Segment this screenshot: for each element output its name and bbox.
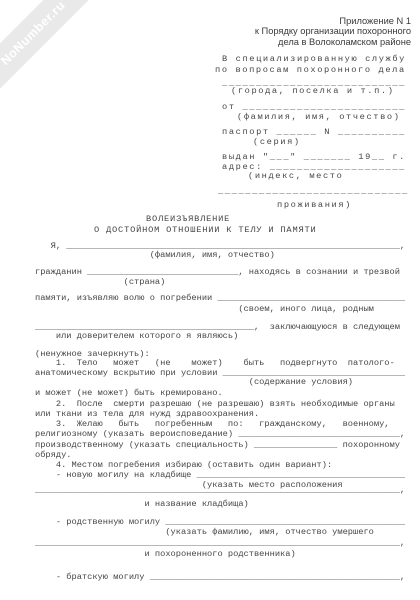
clause-1-line-1: 1. Тело может (не может) быть подвергнут… [35,358,395,368]
cremation-line: и может (не может) быть кремировано. [35,388,223,398]
passport-field: паспорт ______ N __________ [222,127,406,137]
form-title-line-2: О ДОСТОЙНОМ ОТНОШЕНИИ К ТЕЛУ И ПАМЯТИ [94,225,317,235]
clause-3-line-1: 3. Желаю быть погребенным по: гражданско… [35,419,390,429]
new-grave-underline: ________________________________________… [35,485,405,495]
from-name-caption: (фамилия, имя, отчество) [237,112,401,122]
new-grave-option: - новую могилу на кладбище _____________… [35,470,405,480]
addressee-service-name-line-2: по вопросам похоронного дела [215,65,406,75]
addressee-service-name-line-1: В специализированную службу [222,54,406,64]
family-grave-option: - родственную могилу ___________________… [35,517,405,527]
document-page: NoNumber.ru Приложение N 1 к Порядку орг… [0,0,420,600]
burial-will-caption-1: (своем, иного лица, родным [35,304,374,314]
mass-grave-option: - братскую могилу ______________________… [35,572,405,582]
form-title-line-1: ВОЛЕИЗЪЯВЛЕНИЕ [146,214,230,224]
citizenship-line: гражданин _____________________________,… [35,267,400,277]
passport-issued-field: выдан "___" _______ 19__ г. [222,152,406,162]
clause-3-line-4: обряду. [35,450,72,460]
clause-1-condition-caption: (содержание условия) [35,377,353,387]
clause-2-line-2: или ткани из тела для нужд здравоохранен… [35,409,259,419]
address-caption-line-2: проживания) [277,200,352,210]
burial-will-line: памяти, изъявляю волю о погребении _____… [35,293,405,303]
watermark-text: NoNumber.ru [0,0,68,68]
appendix-header: Приложение N 1 к Порядку организации пох… [255,16,411,47]
clause-3-specialty-field: производственному (указать специальность… [35,440,400,450]
watermark-ribbon: NoNumber.ru [0,0,104,104]
appendix-header-line-1: Приложение N 1 [255,16,411,26]
clause-2-line-1: 2. После смерти разрешаю (не разрешаю) в… [35,399,395,409]
appendix-header-line-2: к Порядку организации похоронного [255,26,411,36]
family-grave-caption-2: и похороненного родственника) [35,549,296,559]
appendix-header-line-3: дела в Волоколамском районе [255,37,411,47]
address-field-underline-2: ____________________________ [218,186,409,196]
burial-will-caption-2: или доверителем которого я являюсь) [35,331,238,341]
clause-4-line: 4. Местом погребения избираю (оставить о… [35,460,332,470]
passport-series-caption: (серия) [253,137,301,147]
family-grave-underline: ________________________________________… [35,538,405,548]
declarant-name-caption: (фамилия, имя, отчество) [35,250,275,260]
address-caption-line-1: (индекс, место [248,171,343,181]
from-name-field: от ________________________ [222,102,406,112]
city-field-caption: (города, поселка и т.п.) [231,86,395,96]
citizenship-caption: (страна) [35,277,165,287]
clause-3-religion-field: религиозному (указать вероисповедание) _… [35,429,405,439]
new-grave-caption-2: и название кладбища) [35,499,249,509]
family-grave-caption-1: (указать фамилию, имя, отчество умершего [35,527,374,537]
